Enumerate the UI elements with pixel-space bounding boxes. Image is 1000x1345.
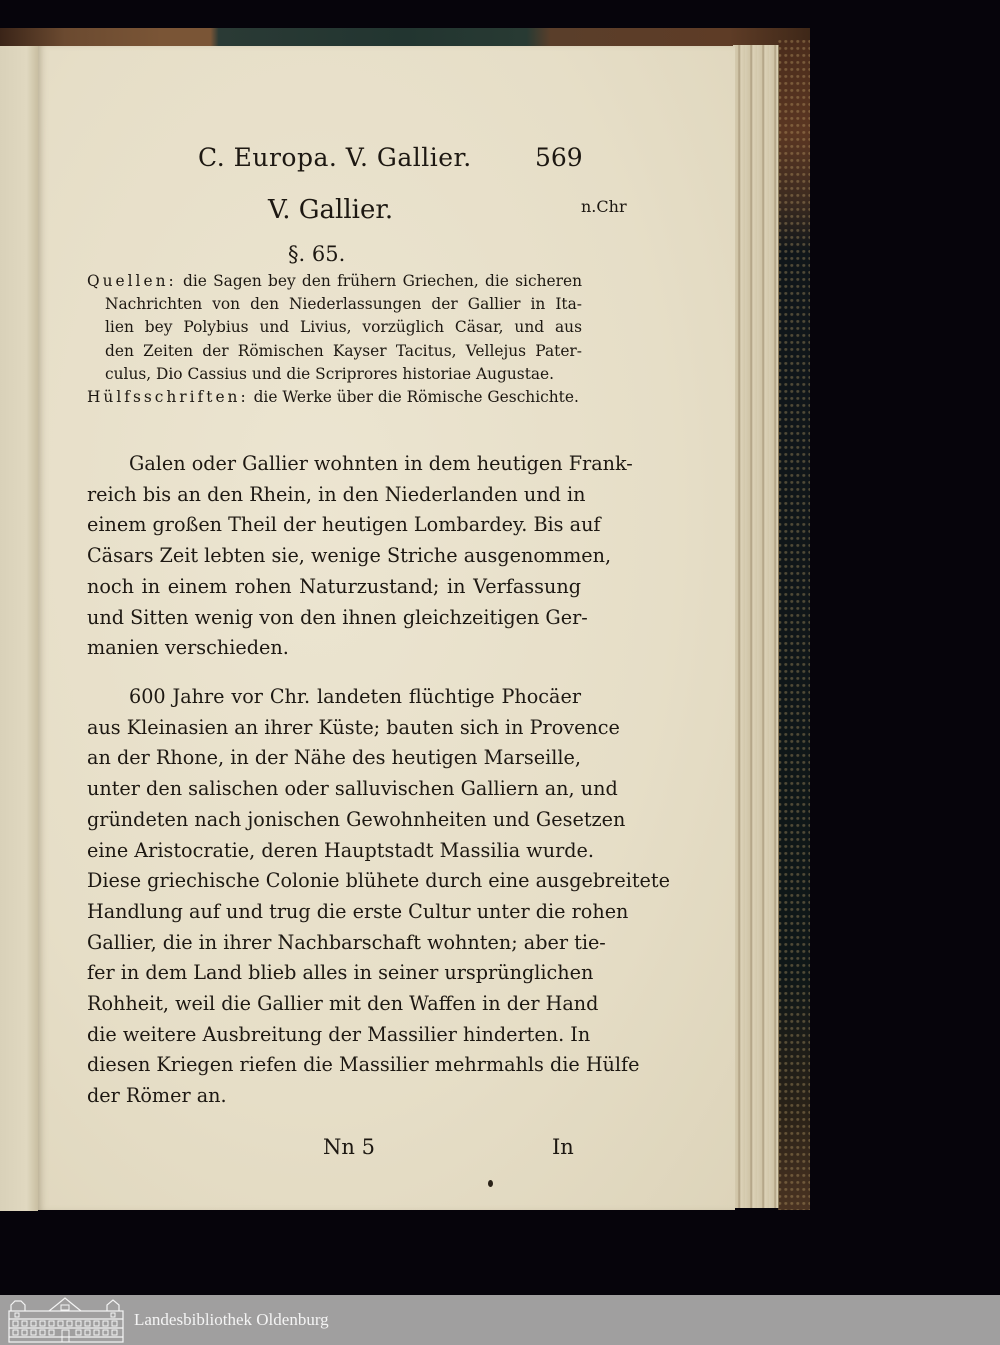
book-cover-right-edge	[778, 40, 810, 1210]
aids-label: Hülfsschriften:	[87, 388, 249, 406]
paragraph-number: §. 65.	[288, 242, 345, 266]
ink-speck	[488, 1180, 493, 1187]
sources-label: Quellen:	[87, 272, 177, 290]
body-paragraph: 600 Jahre vor Chr. landeten flüchtige Ph…	[87, 682, 581, 1112]
signature-mark: Nn 5	[323, 1135, 375, 1159]
text-line: Galen oder Gallier wohnten in dem heutig…	[87, 449, 581, 480]
margin-note: n.Chr	[581, 197, 627, 216]
text-line: Diese griechische Colonie blühete durch …	[87, 866, 581, 897]
text-line: aus Kleinasien an ihrer Küste; bauten si…	[87, 713, 581, 744]
text-line: reich bis an den Rhein, in den Niederlan…	[87, 480, 581, 511]
text-line: Cäsars Zeit lebten sie, wenige Striche a…	[87, 541, 581, 572]
page-number: 569	[535, 143, 583, 172]
text-line: eine Aristocratie, deren Hauptstadt Mass…	[87, 836, 581, 867]
facing-page-sliver	[0, 46, 38, 1211]
text-line: und Sitten wenig von den ihnen gleichzei…	[87, 603, 581, 634]
text-line: an der Rhone, in der Nähe des heutigen M…	[87, 743, 581, 774]
book-scan: C. Europa. V. Gallier. 569 V. Gallier. n…	[0, 0, 1000, 1295]
library-building-icon	[7, 1297, 125, 1343]
text-line: Gallier, die in ihrer Nachbarschaft wohn…	[87, 928, 581, 959]
text-line: fer in dem Land blieb alles in seiner ur…	[87, 958, 581, 989]
page-edges-stack	[733, 45, 779, 1208]
catchword: In	[552, 1135, 574, 1159]
library-footer-bar: Landesbibliothek Oldenburg	[0, 1295, 1000, 1345]
running-head: C. Europa. V. Gallier.	[198, 143, 472, 172]
text-line: noch in einem rohen Naturzustand; in Ver…	[87, 572, 581, 603]
text-line: Rohheit, weil die Gallier mit den Waffen…	[87, 989, 581, 1020]
text-line: Handlung auf und trug die erste Cultur u…	[87, 897, 581, 928]
sources-line: culus, Dio Cassius und die Scriprores hi…	[87, 363, 582, 386]
sources-line: Nachrichten von den Niederlassungen der …	[87, 293, 582, 316]
text-line: 600 Jahre vor Chr. landeten flüchtige Ph…	[87, 682, 581, 713]
text-line: der Römer an.	[87, 1081, 581, 1112]
text-line: manien verschieden.	[87, 633, 581, 664]
section-title: V. Gallier.	[268, 195, 393, 225]
sources-line: Quellen: die Sagen bey den frühern Griec…	[87, 270, 582, 293]
text-line: die weitere Ausbreitung der Massilier hi…	[87, 1020, 581, 1051]
institution-name: Landesbibliothek Oldenburg	[134, 1310, 329, 1330]
text-line: unter den salischen oder salluvischen Ga…	[87, 774, 581, 805]
sources-block: Quellen: die Sagen bey den frühern Griec…	[87, 270, 582, 409]
sources-line: den Zeiten der Römischen Kayser Tacitus,…	[87, 340, 582, 363]
text-line: einem großen Theil der heutigen Lombarde…	[87, 510, 581, 541]
text-line: gründeten nach jonischen Gewohnheiten un…	[87, 805, 581, 836]
body-paragraph: Galen oder Gallier wohnten in dem heutig…	[87, 449, 581, 664]
text-line: diesen Kriegen riefen die Massilier mehr…	[87, 1050, 581, 1081]
aids-line: Hülfsschriften: die Werke über die Römis…	[87, 386, 582, 409]
sources-line: lien bey Polybius und Livius, vorzüglich…	[87, 316, 582, 339]
